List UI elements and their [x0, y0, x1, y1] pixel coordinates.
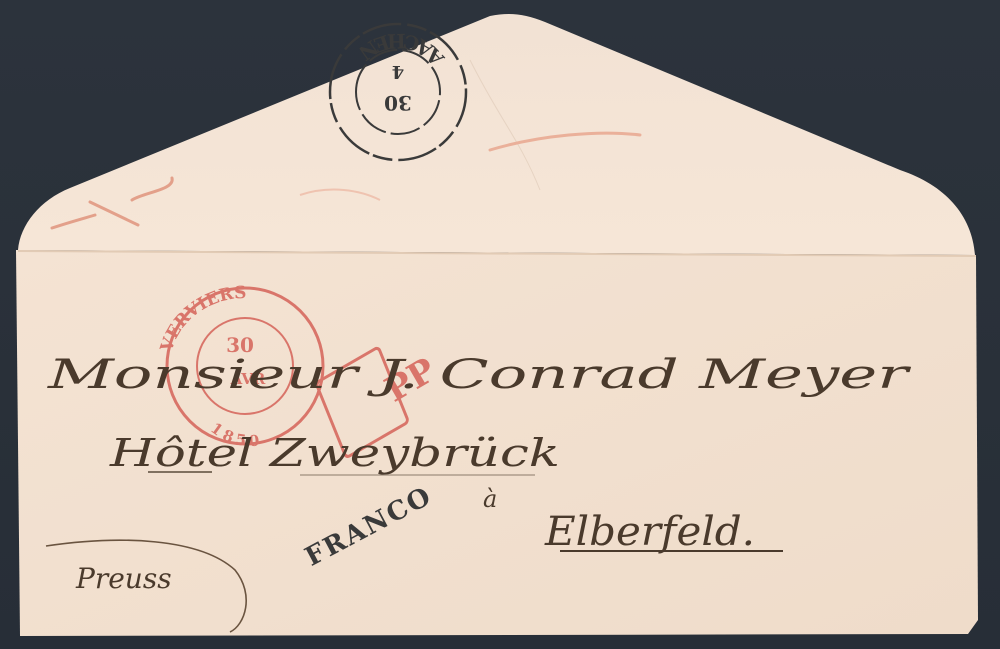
svg-text:30: 30 [384, 91, 412, 115]
address-prefix: à [483, 485, 497, 513]
svg-text:Preuss: Preuss [75, 562, 172, 595]
svg-text:4: 4 [392, 61, 405, 82]
envelope: AACHEN 30 4 VERVIERS 30 AVR 1850 PP FRAN… [0, 0, 1000, 649]
address-line-3: Elberfeld. [544, 509, 755, 555]
address-line-1: Monsieur J. Conrad Meyer [46, 352, 912, 398]
envelope-flap [18, 14, 976, 256]
address-line-2: Hôtel Zweybrück [109, 431, 560, 475]
